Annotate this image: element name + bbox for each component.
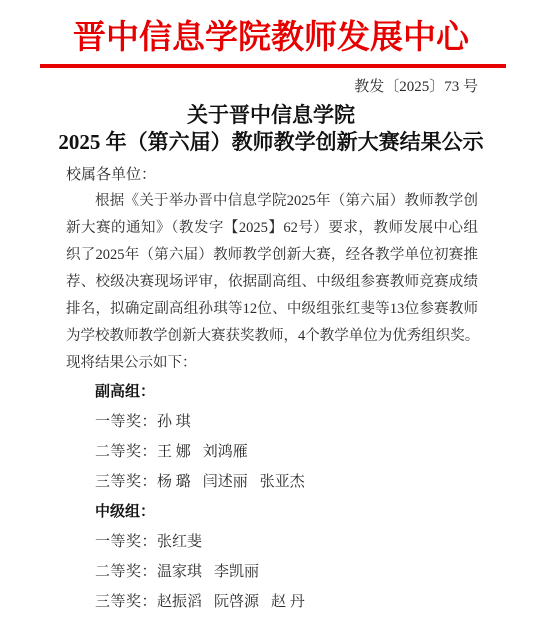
award-rank-label: 二等奖： — [95, 564, 157, 580]
awardee-name: 王 娜 — [157, 444, 191, 460]
award-rank-label: 三等奖： — [95, 474, 157, 490]
red-double-rule — [40, 64, 506, 68]
awardee-name: 赵 丹 — [271, 594, 305, 610]
paragraph-line: 现将结果公示如下： — [66, 350, 478, 377]
awardee-name: 刘鸿雁 — [203, 444, 248, 460]
award-rank-label: 一等奖： — [95, 534, 157, 550]
award-rank-label: 三等奖： — [95, 594, 157, 610]
award-line: 三等奖：赵振滔阮啓源赵 丹 — [66, 587, 478, 617]
awardee-name: 赵振滔 — [157, 594, 202, 610]
awards-section: 副高组： 一等奖：孙 琪 二等奖：王 娜刘鸿雁 三等奖：杨 璐闫述丽张亚杰 中级… — [66, 377, 478, 617]
paragraph-line: 排名，拟确定副高组孙琪等12位、中级组张红斐等13位参赛教师 — [66, 296, 478, 323]
salutation: 校属各单位： — [66, 164, 478, 186]
award-line: 一等奖：张红斐 — [66, 527, 478, 557]
award-line: 二等奖：王 娜刘鸿雁 — [66, 437, 478, 467]
document-page: 晋中信息学院教师发展中心 教发〔2025〕73 号 关于晋中信息学院 2025 … — [0, 0, 542, 641]
paragraph-line: 新大赛的通知》（教发字【2025】62号）要求，教师发展中心组 — [66, 215, 478, 242]
awardee-name: 张红斐 — [157, 534, 202, 550]
body-paragraph: 根据《关于举办晋中信息学院2025年（第六届）教师教学创 新大赛的通知》（教发字… — [66, 188, 478, 377]
awardee-name: 阮啓源 — [214, 594, 259, 610]
award-line: 二等奖：温家琪李凯丽 — [66, 557, 478, 587]
awardee-name: 孙 琪 — [157, 414, 191, 430]
paragraph-line: 根据《关于举办晋中信息学院2025年（第六届）教师教学创 — [66, 188, 478, 215]
awardee-name: 李凯丽 — [214, 564, 259, 580]
award-rank-label: 二等奖： — [95, 444, 157, 460]
award-group-title-senior: 副高组： — [66, 377, 478, 407]
document-title: 关于晋中信息学院 2025 年（第六届）教师教学创新大赛结果公示 — [0, 102, 542, 156]
paragraph-line: 荐、校级决赛现场评审，依据副高组、中级组参赛教师竞赛成绩 — [66, 269, 478, 296]
award-line: 三等奖：杨 璐闫述丽张亚杰 — [66, 467, 478, 497]
document-number: 教发〔2025〕73 号 — [0, 78, 542, 96]
award-line: 一等奖：孙 琪 — [66, 407, 478, 437]
awardee-name: 杨 璐 — [157, 474, 191, 490]
red-header-org-title: 晋中信息学院教师发展中心 — [0, 16, 542, 60]
award-rank-label: 一等奖： — [95, 414, 157, 430]
awardee-name: 温家琪 — [157, 564, 202, 580]
paragraph-line: 为学校教师教学创新大赛获奖教师，4个教学单位为优秀组织奖。 — [66, 323, 478, 350]
awardee-name: 闫述丽 — [203, 474, 248, 490]
paragraph-line: 织了2025年（第六届）教师教学创新大赛，经各教学单位初赛推 — [66, 242, 478, 269]
award-group-title-intermediate: 中级组： — [66, 497, 478, 527]
awardee-name: 张亚杰 — [260, 474, 305, 490]
document-title-line2: 2025 年（第六届）教师教学创新大赛结果公示 — [0, 129, 542, 156]
document-title-line1: 关于晋中信息学院 — [0, 102, 542, 129]
